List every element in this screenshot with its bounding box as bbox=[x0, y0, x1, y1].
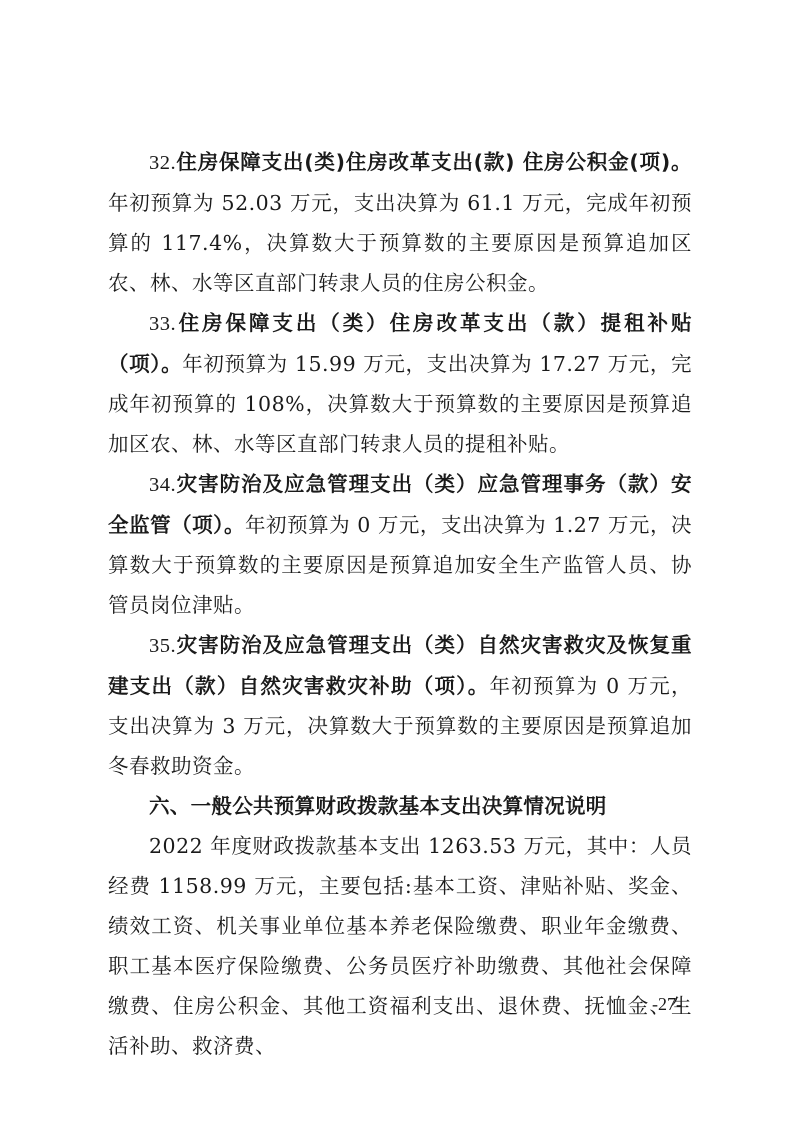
item-33: 33.住房保障支出（类）住房改革支出（款）提租补贴（项）。年初预算为 15.99… bbox=[108, 303, 692, 464]
item-number: 34. bbox=[149, 474, 176, 496]
item-35: 35.灾害防治及应急管理支出（类）自然灾害救灾及恢复重建支出（款）自然灾害救灾补… bbox=[108, 625, 692, 786]
item-body: 年初预算为 52.03 万元，支出决算为 61.1 万元，完成年初预算的 117… bbox=[108, 191, 692, 295]
item-number: 35. bbox=[149, 635, 176, 657]
section-heading: 六、一般公共预算财政拨款基本支出决算情况说明 bbox=[108, 786, 692, 826]
page-number: -27- bbox=[652, 994, 682, 1015]
item-32: 32.住房保障支出(类)住房改革支出(款) 住房公积金(项)。年初预算为 52.… bbox=[108, 142, 692, 303]
section-body: 2022 年度财政拨款基本支出 1263.53 万元，其中：人员经费 1158.… bbox=[108, 826, 692, 1066]
item-34: 34.灾害防治及应急管理支出（类）应急管理事务（款）安全监管（项）。年初预算为 … bbox=[108, 464, 692, 625]
item-number: 33. bbox=[149, 313, 176, 335]
item-title: 住房保障支出(类)住房改革支出(款) 住房公积金(项)。 bbox=[176, 150, 692, 174]
item-number: 32. bbox=[149, 152, 176, 174]
document-page: 32.住房保障支出(类)住房改革支出(款) 住房公积金(项)。年初预算为 52.… bbox=[108, 142, 692, 1066]
item-body: 年初预算为 15.99 万元，支出决算为 17.27 万元，完成年初预算的 10… bbox=[108, 352, 692, 456]
